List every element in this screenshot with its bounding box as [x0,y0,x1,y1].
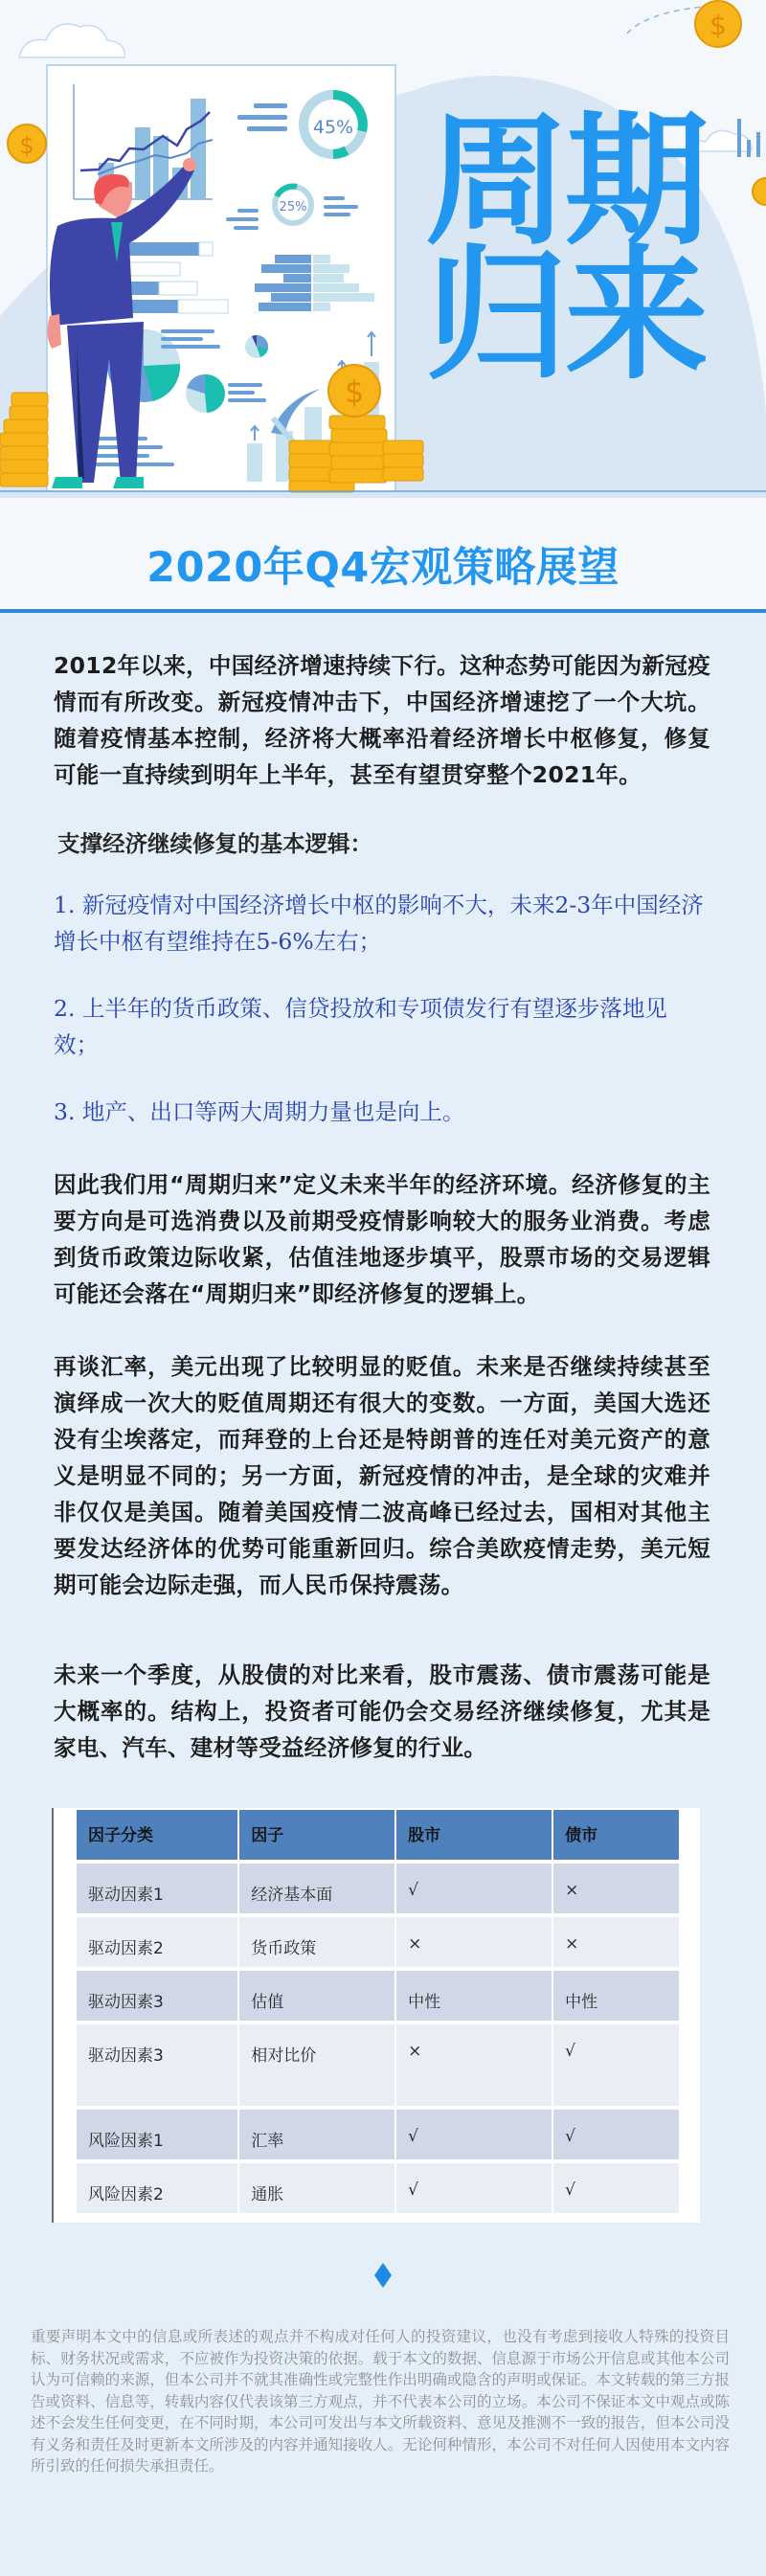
hero-banner: 45% 25% [0,0,766,498]
svg-text:$: $ [710,10,727,41]
cell-stock: × [396,1917,552,1967]
table-row: 驱动因素2 货币政策 × × [77,1917,679,1967]
svg-text:$: $ [345,373,364,410]
cell-factor: 相对比价 [239,2024,394,2106]
article-body: 2012年以来，中国经济增速持续下行。这种态势可能因为新冠疫情而有所改变。新冠疫… [0,613,766,1766]
cell-category: 驱动因素1 [77,1864,237,1913]
logic-heading: 支撑经济继续修复的基本逻辑： [54,825,710,858]
svg-text:45%: 45% [313,117,353,138]
subtitle-section: 2020年Q4宏观策略展望 [0,498,766,613]
page-subtitle: 2020年Q4宏观策略展望 [146,535,620,594]
outlook-paragraph: 未来一个季度，从股债的对比来看，股市震荡、债市震荡可能是大概率的。结构上，投资者… [54,1657,710,1766]
cell-bond: √ [553,2163,679,2213]
svg-text:$: $ [19,132,34,159]
diamond-icon [374,2263,392,2288]
cell-category: 风险因素2 [77,2163,237,2213]
table-row: 风险因素2 通胀 √ √ [77,2163,679,2213]
cell-factor: 估值 [239,1971,394,2021]
cell-bond: √ [553,2110,679,2159]
cell-stock: √ [396,1864,552,1913]
spacer [54,1603,710,1657]
cell-bond: 中性 [553,1971,679,2021]
cycle-paragraph: 因此我们用“周期归来”定义未来半年的经济环境。经济修复的主要方向是可选消费以及前… [54,1166,710,1312]
logic-item: 3. 地产、出口等两大周期力量也是向上。 [54,1094,710,1130]
cell-bond: √ [553,2024,679,2106]
cell-stock: √ [396,2163,552,2213]
header-bond-market: 债市 [553,1810,679,1860]
cell-factor: 经济基本面 [239,1864,394,1913]
cell-factor: 通胀 [239,2163,394,2213]
intro-paragraph: 2012年以来，中国经济增速持续下行。这种态势可能因为新冠疫情而有所改变。新冠疫… [54,613,710,793]
spacer [54,1312,710,1348]
footer: 重要声明本文中的信息或所表述的观点并不构成对任何人的投资建议，也没有考虑到接收人… [0,2263,766,2523]
disclaimer-text: 重要声明本文中的信息或所表述的观点并不构成对任何人的投资建议，也没有考虑到接收人… [31,2326,730,2523]
cell-stock: 中性 [396,1971,552,2021]
factor-table-frame: 因子分类 因子 股市 债市 驱动因素1 经济基本面 √ × 驱动因素2 货币政策… [52,1808,700,2223]
table-row: 驱动因素1 经济基本面 √ × [77,1864,679,1913]
cell-category: 驱动因素3 [77,2024,237,2106]
factor-table-wrapper: 因子分类 因子 股市 债市 驱动因素1 经济基本面 √ × 驱动因素2 货币政策… [0,1808,766,2223]
logic-item: 1. 新冠疫情对中国经济增长中枢的影响不大，未来2-3年中国经济增长中枢有望维持… [54,887,710,960]
header-stock-market: 股市 [396,1810,552,1860]
table-row: 风险因素1 汇率 √ √ [77,2110,679,2159]
cell-category: 风险因素1 [77,2110,237,2159]
svg-text:25%: 25% [280,200,307,215]
cell-factor: 货币政策 [239,1917,394,1967]
table-row: 驱动因素3 估值 中性 中性 [77,1971,679,2021]
table-row: 驱动因素3 相对比价 × √ [77,2024,679,2106]
hero-title-line1: 周期 [421,115,709,249]
logic-list: 1. 新冠疫情对中国经济增长中枢的影响不大，未来2-3年中国经济增长中枢有望维持… [54,887,710,1130]
table-header-row: 因子分类 因子 股市 债市 [77,1810,679,1860]
cell-stock: √ [396,2110,552,2159]
cell-category: 驱动因素3 [77,1971,237,2021]
hero-title: 周期 归来 [421,115,709,383]
cell-category: 驱动因素2 [77,1917,237,1967]
cell-bond: × [553,1917,679,1967]
logic-item: 2. 上半年的货币政策、信贷投放和专项债发行有望逐步落地见效； [54,990,710,1063]
cell-stock: × [396,2024,552,2106]
header-factor-category: 因子分类 [77,1810,237,1860]
section-divider [0,2263,766,2288]
cell-factor: 汇率 [239,2110,394,2159]
factor-table: 因子分类 因子 股市 债市 驱动因素1 经济基本面 √ × 驱动因素2 货币政策… [75,1806,681,2217]
cell-bond: × [553,1864,679,1913]
header-factor: 因子 [239,1810,394,1860]
hero-title-line2: 归来 [421,249,709,383]
spacer [54,1130,710,1166]
fx-paragraph: 再谈汇率，美元出现了比较明显的贬值。未来是否继续持续甚至演绎成一次大的贬值周期还… [54,1348,710,1603]
